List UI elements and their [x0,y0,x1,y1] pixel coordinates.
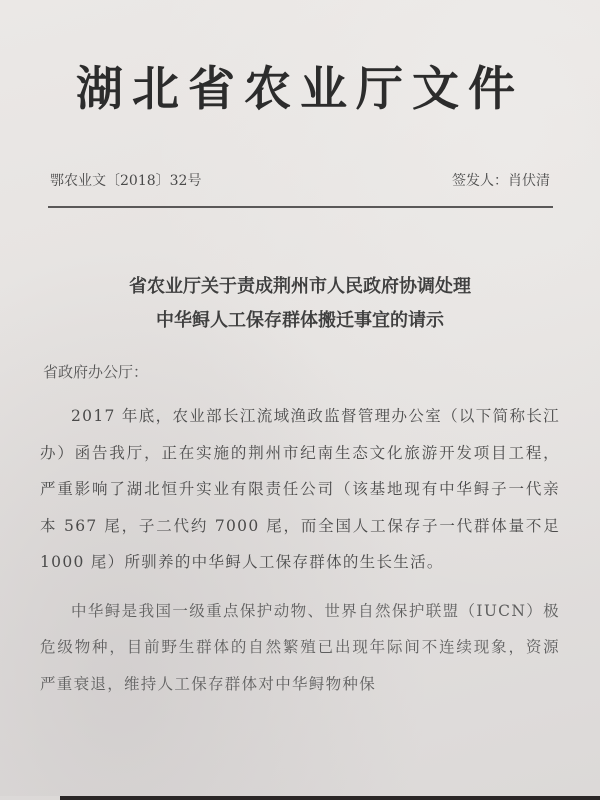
paper-page: 湖北省农业厅文件 鄂农业文〔2018〕32号 签发人：肖伏清 省农业厅关于责成荆… [0,0,600,796]
signer: 签发人：肖伏清 [452,170,550,190]
body-paragraph: 中华鲟是我国一级重点保护动物、世界自然保护联盟（IUCN）极危级物种，目前野生群… [40,593,560,703]
document-header: 湖北省农业厅文件 [0,52,600,119]
header-divider [48,206,553,208]
document-body: 2017 年底，农业部长江流域渔政监督管理办公室（以下简称长江办）函告我厅，正在… [40,398,560,702]
document-number: 鄂农业文〔2018〕32号 [50,170,201,190]
signer-label: 签发人： [452,173,508,189]
signer-name: 肖伏清 [508,173,550,189]
title-line-1: 省农业厅关于责成荆州市人民政府协调处理 [0,270,600,304]
title-line-2: 中华鲟人工保存群体搬迁事宜的请示 [0,304,600,338]
salutation: 省政府办公厅： [43,361,148,382]
document-title: 省农业厅关于责成荆州市人民政府协调处理 中华鲟人工保存群体搬迁事宜的请示 [0,270,600,338]
body-paragraph: 2017 年底，农业部长江流域渔政监督管理办公室（以下简称长江办）函告我厅，正在… [40,398,560,581]
paper-bottom-edge [60,796,600,800]
